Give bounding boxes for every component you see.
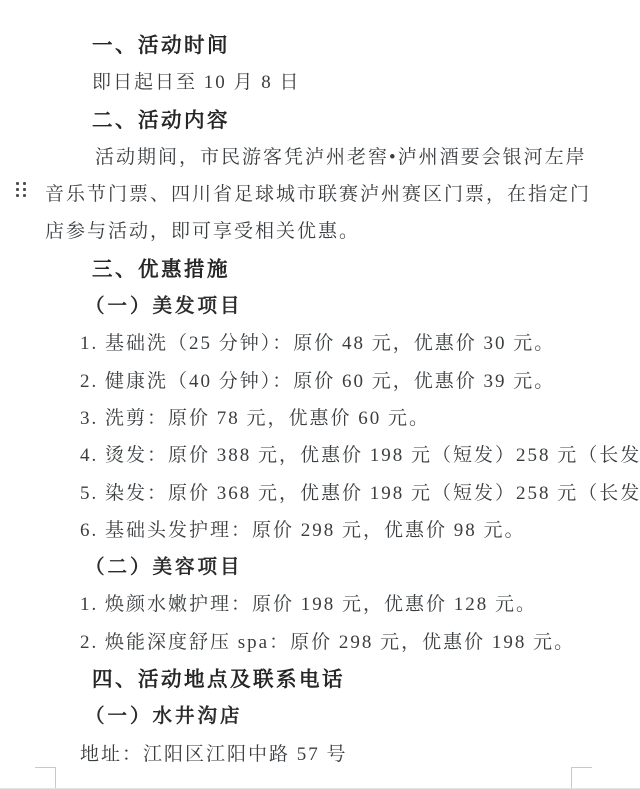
doc-line-2[interactable]: 即日起日至 10 月 8 日 xyxy=(45,64,601,101)
doc-line-20[interactable]: 地址：江阳区江阳中路 57 号 xyxy=(45,736,601,773)
handle-dot xyxy=(16,194,19,197)
doc-line-16[interactable]: 1. 焕颜水嫩护理：原价 198 元，优惠价 128 元。 xyxy=(45,586,601,623)
doc-line-15[interactable]: （二）美容项目 xyxy=(45,549,601,586)
doc-line-1[interactable]: 一、活动时间 xyxy=(45,27,601,64)
doc-line-9[interactable]: 1. 基础洗（25 分钟）：原价 48 元，优惠价 30 元。 xyxy=(45,325,601,362)
six-dot-drag-handle-icon[interactable] xyxy=(16,182,26,197)
doc-line-3[interactable]: 二、活动内容 xyxy=(45,102,601,139)
doc-line-11[interactable]: 3. 洗剪：原价 78 元，优惠价 60 元。 xyxy=(45,400,601,437)
doc-line-17[interactable]: 2. 焕能深度舒压 spa：原价 298 元，优惠价 198 元。 xyxy=(45,624,601,661)
handle-dot xyxy=(23,188,26,191)
handle-dot xyxy=(16,182,19,185)
doc-line-14[interactable]: 6. 基础头发护理：原价 298 元，优惠价 98 元。 xyxy=(45,512,601,549)
text-boundary-mark-bottom-right xyxy=(571,767,592,788)
doc-line-12[interactable]: 4. 烫发：原价 388 元，优惠价 198 元（短发）258 元（长发）。 xyxy=(45,437,601,474)
doc-line-7[interactable]: 三、优惠措施 xyxy=(45,251,601,288)
doc-line-5[interactable]: 音乐节门票、四川省足球城市联赛泸州赛区门票，在指定门 xyxy=(45,176,601,213)
doc-line-13[interactable]: 5. 染发：原价 368 元，优惠价 198 元（短发）258 元（长发）。 xyxy=(45,475,601,512)
doc-line-8[interactable]: （一）美发项目 xyxy=(45,288,601,325)
document-page: 一、活动时间即日起日至 10 月 8 日二、活动内容活动期间，市民游客凭泸州老窖… xyxy=(0,0,640,789)
doc-line-19[interactable]: （一）水井沟店 xyxy=(45,698,601,735)
handle-dot xyxy=(23,182,26,185)
handle-dot xyxy=(16,188,19,191)
doc-line-18[interactable]: 四、活动地点及联系电话 xyxy=(45,661,601,698)
document-text-area[interactable]: 一、活动时间即日起日至 10 月 8 日二、活动内容活动期间，市民游客凭泸州老窖… xyxy=(45,0,601,773)
doc-line-6[interactable]: 店参与活动，即可享受相关优惠。 xyxy=(45,213,601,250)
doc-line-4[interactable]: 活动期间，市民游客凭泸州老窖•泸州酒要会银河左岸 xyxy=(45,139,601,176)
text-boundary-mark-bottom-left xyxy=(35,767,56,788)
handle-dot xyxy=(23,194,26,197)
doc-line-10[interactable]: 2. 健康洗（40 分钟）：原价 60 元，优惠价 39 元。 xyxy=(45,363,601,400)
